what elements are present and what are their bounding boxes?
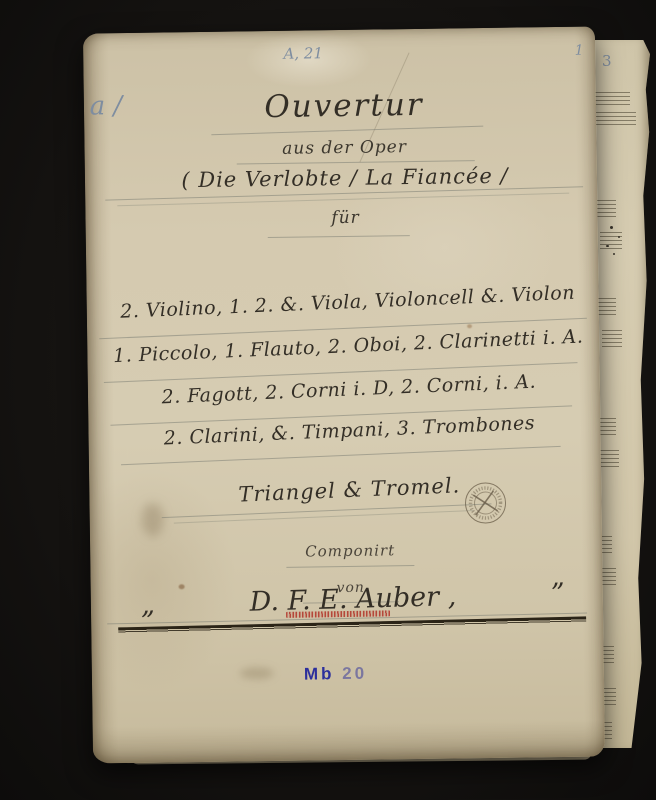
blue-accession-stamp: Mb 20 bbox=[304, 664, 367, 685]
ink-speck bbox=[606, 245, 609, 247]
guide-line bbox=[286, 565, 414, 568]
guide-line bbox=[211, 126, 483, 136]
blue-stamp-number: 20 bbox=[342, 664, 367, 683]
underleaf-page-number: 3 bbox=[602, 52, 612, 70]
title: Ouvertur bbox=[194, 86, 494, 126]
guide-line bbox=[268, 235, 410, 238]
instrumentation-line-1: 2. Violino, 1. 2. &. Viola, Violoncell &… bbox=[108, 281, 587, 323]
page-number: 1 bbox=[569, 43, 589, 59]
shelfmark-annotation: A, 21 bbox=[263, 44, 343, 63]
staff-lines-bleed bbox=[599, 450, 619, 467]
round-library-stamp bbox=[462, 480, 509, 527]
instrumentation-line-4: 2. Clarini, &. Timpani, 3. Trombones bbox=[128, 411, 571, 451]
blue-stamp-code: Mb bbox=[304, 664, 335, 683]
subtitle-opera: aus der Oper bbox=[244, 137, 444, 160]
ink-speck bbox=[618, 236, 620, 238]
instrumentation-line-2: 1. Piccolo, 1. Flauto, 2. Oboi, 2. Clari… bbox=[111, 325, 586, 367]
paper-stain bbox=[141, 503, 163, 537]
paper-stain bbox=[240, 667, 274, 679]
close-quote: ” bbox=[551, 578, 566, 609]
fuer-word: für bbox=[295, 207, 395, 228]
manuscript-cover-page: A, 21 1 a / Ouvertur aus der Oper ( Die … bbox=[83, 26, 605, 763]
guide-line bbox=[121, 446, 561, 465]
staff-lines-bleed bbox=[600, 232, 622, 249]
staff-lines-bleed bbox=[592, 92, 630, 108]
guide-line bbox=[117, 193, 569, 207]
scanned-manuscript-view: 3 A, 21 1 a / Ouvertur aus de bbox=[0, 0, 656, 800]
ink-speck bbox=[613, 253, 615, 255]
paper-stain bbox=[467, 324, 472, 328]
componirt-word: Componirt bbox=[260, 541, 440, 562]
letter-annotation: a / bbox=[84, 91, 128, 122]
guide-line bbox=[174, 510, 474, 524]
ink-speck bbox=[610, 226, 613, 229]
staff-lines-bleed bbox=[602, 330, 622, 347]
staff-lines-bleed bbox=[596, 112, 636, 128]
instrumentation-line-3: 2. Fagott, 2. Corni i. D, 2. Corni, i. A… bbox=[118, 369, 581, 410]
open-quote: „ bbox=[141, 589, 156, 620]
